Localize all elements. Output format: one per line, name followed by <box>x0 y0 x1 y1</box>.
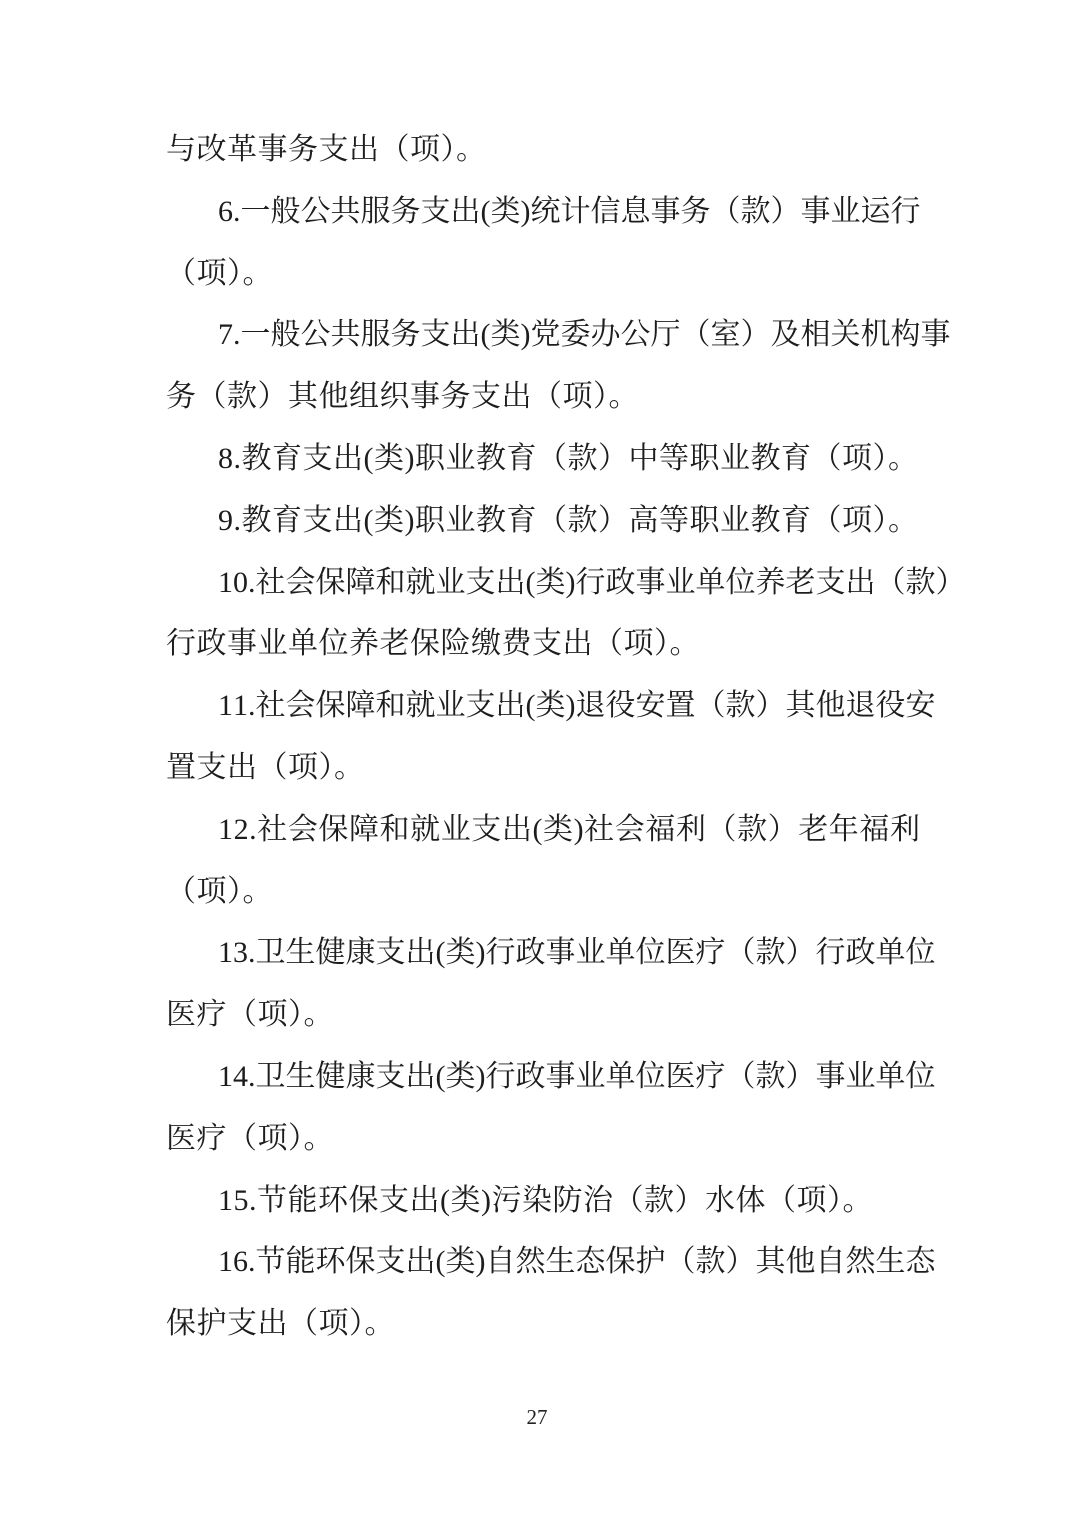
document-body: 与改革事务支出（项）。6.一般公共服务支出(类)统计信息事务（款）事业运行（项）… <box>166 119 920 1355</box>
text-char: 医 <box>666 922 696 984</box>
text-char: 环 <box>316 1231 346 1293</box>
text-char: 共 <box>331 304 361 366</box>
text-char: 业 <box>441 799 471 861</box>
text-char: 利 <box>890 799 920 861</box>
text-char: 类 <box>491 304 521 366</box>
text-char: 7 <box>218 304 233 366</box>
text-char: ) <box>476 1231 486 1293</box>
text-char: 和 <box>380 799 410 861</box>
text-char: 保 <box>606 1231 636 1293</box>
text-char: ) <box>574 799 584 861</box>
text-char: 就 <box>406 675 436 737</box>
text-char: 款 <box>696 1231 726 1293</box>
text-char: 疗 <box>696 1046 726 1108</box>
text-char: 位 <box>906 1046 936 1108</box>
text-char: 他 <box>816 675 846 737</box>
text-char: 会 <box>286 552 316 614</box>
text-char: ( <box>436 1231 446 1293</box>
text-char: 出 <box>406 1046 436 1108</box>
text-char: 和 <box>376 552 406 614</box>
text-line: 14.卫生健康支出(类)行政事业单位医疗（款）事业单位 <box>166 1046 920 1108</box>
text-line: 16.节能环保支出(类)自然生态保护（款）其他自然生态 <box>166 1231 920 1293</box>
text-char: 单 <box>876 922 906 984</box>
text-char: 障 <box>346 552 376 614</box>
text-char: 安 <box>906 675 936 737</box>
text-char: 出 <box>846 552 876 614</box>
text-char: 单 <box>606 1046 636 1108</box>
text-char: ） <box>771 181 801 243</box>
text-char: 行 <box>486 1046 516 1108</box>
text-char: ） <box>936 552 966 614</box>
text-char: 款 <box>737 799 767 861</box>
text-char: 业 <box>846 1046 876 1108</box>
text-char: 类 <box>536 552 566 614</box>
text-char: ( <box>436 1046 446 1108</box>
text-char: 其 <box>786 675 816 737</box>
text-char: 室 <box>711 304 741 366</box>
text-char: 事 <box>816 1046 846 1108</box>
text-char: ） <box>726 1231 756 1293</box>
text-char: 卫 <box>256 1046 286 1108</box>
text-char: （ <box>666 1231 696 1293</box>
text-char: . <box>248 1231 256 1293</box>
text-char: 节 <box>256 1231 286 1293</box>
text-char: 业 <box>436 675 466 737</box>
text-char: 保 <box>316 552 346 614</box>
text-char: 款 <box>741 181 771 243</box>
text-char: 位 <box>906 922 936 984</box>
text-char: 公 <box>621 304 651 366</box>
text-char: 4 <box>233 1046 248 1108</box>
text-char: 态 <box>906 1231 936 1293</box>
text-char: 护 <box>636 1231 666 1293</box>
text-line: 7.一般公共服务支出(类)党委办公厅（室）及相关机构事 <box>166 304 920 366</box>
text-char: 卫 <box>256 922 286 984</box>
text-line: 12.社会保障和就业支出(类)社会福利（款）老年福利 <box>166 799 920 861</box>
text-char: 然 <box>516 1231 546 1293</box>
text-char: 置 <box>666 675 696 737</box>
text-char: 款 <box>906 552 936 614</box>
text-char: 位 <box>636 922 666 984</box>
text-char: 类 <box>491 181 521 243</box>
text-char: ) <box>566 552 576 614</box>
text-char: 安 <box>636 675 666 737</box>
text-char: 支 <box>421 181 451 243</box>
text-char: 类 <box>536 675 566 737</box>
text-line: 置支出（项）。 <box>166 737 920 799</box>
text-char: ( <box>436 922 446 984</box>
text-char: ) <box>521 181 531 243</box>
text-char: 2 <box>234 799 249 861</box>
text-line: 务（款）其他组织事务支出（项）。 <box>166 366 920 428</box>
text-line: 9.教育支出(类)职业教育（款）高等职业教育（项）。 <box>166 490 920 552</box>
text-char: 退 <box>846 675 876 737</box>
text-char: . <box>233 181 241 243</box>
text-char: 退 <box>576 675 606 737</box>
text-char: 6 <box>218 181 233 243</box>
text-char: 出 <box>451 304 481 366</box>
text-char: 事 <box>651 181 681 243</box>
text-line: 与改革事务支出（项）。 <box>166 119 920 181</box>
text-char: 社 <box>256 675 286 737</box>
text-char: 委 <box>561 304 591 366</box>
text-char: 社 <box>256 552 286 614</box>
text-char: 类 <box>446 922 476 984</box>
text-char: 关 <box>831 304 861 366</box>
text-char: 支 <box>466 552 496 614</box>
text-char: 1 <box>218 922 233 984</box>
text-char: 生 <box>876 1231 906 1293</box>
text-char: 社 <box>257 799 287 861</box>
text-char: ( <box>526 675 536 737</box>
text-char: 业 <box>576 922 606 984</box>
text-char: ） <box>756 675 786 737</box>
text-char: 行 <box>486 922 516 984</box>
text-char: 公 <box>301 181 331 243</box>
text-char: 业 <box>576 1046 606 1108</box>
text-char: 款 <box>756 1046 786 1108</box>
text-char: （ <box>711 181 741 243</box>
text-char: 福 <box>645 799 675 861</box>
text-char: 康 <box>346 922 376 984</box>
text-char: ) <box>476 922 486 984</box>
text-char: ( <box>481 181 491 243</box>
text-line: 10.社会保障和就业支出(类)行政事业单位养老支出（款） <box>166 552 920 614</box>
text-char: （ <box>696 675 726 737</box>
text-char: 支 <box>376 1231 406 1293</box>
text-char: 障 <box>349 799 379 861</box>
text-char: 障 <box>346 675 376 737</box>
text-line: 15.节能环保支出(类)污染防治（款）水体（项）。 <box>166 1170 920 1232</box>
text-char: 老 <box>798 799 828 861</box>
text-char: 年 <box>829 799 859 861</box>
text-char: 事 <box>921 304 951 366</box>
text-char: ( <box>481 304 491 366</box>
text-char: 支 <box>376 922 406 984</box>
text-char: 服 <box>361 181 391 243</box>
text-char: ） <box>786 1046 816 1108</box>
text-char: . <box>233 304 241 366</box>
text-char: 3 <box>233 922 248 984</box>
text-char: 然 <box>846 1231 876 1293</box>
text-char: 保 <box>318 799 348 861</box>
text-char: 役 <box>606 675 636 737</box>
text-char: 会 <box>286 675 316 737</box>
text-char: 自 <box>486 1231 516 1293</box>
text-char: . <box>248 675 256 737</box>
text-char: 生 <box>546 1231 576 1293</box>
text-line: 保护支出（项）。 <box>166 1293 920 1355</box>
text-char: 行 <box>816 922 846 984</box>
text-line: 行政事业单位养老保险缴费支出（项）。 <box>166 613 920 675</box>
text-char: 单 <box>606 922 636 984</box>
text-char: 政 <box>846 922 876 984</box>
text-char: 办 <box>591 304 621 366</box>
text-char: 统 <box>531 181 561 243</box>
text-char: （ <box>876 552 906 614</box>
text-char: 业 <box>666 552 696 614</box>
text-char: 会 <box>288 799 318 861</box>
text-line: （项）。 <box>166 861 920 923</box>
text-char: 类 <box>446 1231 476 1293</box>
text-char: 共 <box>331 181 361 243</box>
text-char: 役 <box>876 675 906 737</box>
text-char: 一 <box>241 181 271 243</box>
text-line: （项）。 <box>166 243 920 305</box>
text-char: 单 <box>696 552 726 614</box>
text-char: 政 <box>606 552 636 614</box>
text-char: 政 <box>516 1046 546 1108</box>
text-char: 1 <box>218 1231 233 1293</box>
text-char: 出 <box>406 1231 436 1293</box>
text-char: . <box>249 799 257 861</box>
text-char: ） <box>768 799 798 861</box>
text-char: 养 <box>756 552 786 614</box>
document-page: 与改革事务支出（项）。6.一般公共服务支出(类)统计信息事务（款）事业运行（项）… <box>0 0 1074 1520</box>
text-char: 业 <box>436 552 466 614</box>
text-char: 行 <box>576 552 606 614</box>
text-char: 息 <box>621 181 651 243</box>
text-char: 支 <box>376 1046 406 1108</box>
text-char: 生 <box>286 1046 316 1108</box>
text-line: 6.一般公共服务支出(类)统计信息事务（款）事业运行 <box>166 181 920 243</box>
text-char: 健 <box>316 922 346 984</box>
text-char: 款 <box>726 675 756 737</box>
page-number: 27 <box>0 1402 1074 1432</box>
text-char: 就 <box>406 552 436 614</box>
text-char: 事 <box>546 922 576 984</box>
text-char: 1 <box>218 675 233 737</box>
text-char: 出 <box>406 922 436 984</box>
text-char: 和 <box>376 675 406 737</box>
text-char: ） <box>741 304 771 366</box>
text-char: 业 <box>831 181 861 243</box>
text-char: 厅 <box>651 304 681 366</box>
text-char: 位 <box>726 552 756 614</box>
text-char: ( <box>526 552 536 614</box>
text-char: 支 <box>421 304 451 366</box>
text-char: 1 <box>233 675 248 737</box>
text-line: 医疗（项）。 <box>166 1108 920 1170</box>
text-char: . <box>248 552 256 614</box>
text-char: ) <box>476 1046 486 1108</box>
text-char: 务 <box>391 304 421 366</box>
text-line: 8.教育支出(类)职业教育（款）中等职业教育（项）。 <box>166 428 920 490</box>
text-char: 老 <box>786 552 816 614</box>
text-char: 位 <box>636 1046 666 1108</box>
text-char: （ <box>681 304 711 366</box>
text-line: 11.社会保障和就业支出(类)退役安置（款）其他退役安 <box>166 675 920 737</box>
text-char: 疗 <box>696 922 726 984</box>
text-char: 1 <box>218 552 233 614</box>
text-char: （ <box>726 922 756 984</box>
text-char: 他 <box>786 1231 816 1293</box>
text-char: 1 <box>218 799 233 861</box>
text-char: 能 <box>286 1231 316 1293</box>
text-char: 计 <box>561 181 591 243</box>
text-char: 健 <box>316 1046 346 1108</box>
text-char: 运 <box>861 181 891 243</box>
text-char: 类 <box>543 799 573 861</box>
text-char: 及 <box>771 304 801 366</box>
text-char: 康 <box>346 1046 376 1108</box>
text-char: 出 <box>496 675 526 737</box>
text-char: 6 <box>233 1231 248 1293</box>
text-char: 利 <box>676 799 706 861</box>
text-char: 类 <box>446 1046 476 1108</box>
text-char: 单 <box>876 1046 906 1108</box>
text-char: . <box>248 1046 256 1108</box>
text-char: （ <box>706 799 736 861</box>
text-char: 生 <box>286 922 316 984</box>
text-char: 医 <box>666 1046 696 1108</box>
text-char: 支 <box>466 675 496 737</box>
text-char: 社 <box>584 799 614 861</box>
text-char: 一 <box>241 304 271 366</box>
text-char: 般 <box>271 304 301 366</box>
text-char: . <box>248 922 256 984</box>
text-char: ） <box>786 922 816 984</box>
text-char: 事 <box>546 1046 576 1108</box>
text-char: 就 <box>410 799 440 861</box>
text-char: ) <box>566 675 576 737</box>
text-char: 支 <box>816 552 846 614</box>
text-char: 会 <box>615 799 645 861</box>
text-char: 机 <box>861 304 891 366</box>
text-char: 事 <box>636 552 666 614</box>
text-char: 福 <box>859 799 889 861</box>
text-char: 款 <box>756 922 786 984</box>
text-char: （ <box>726 1046 756 1108</box>
text-char: 服 <box>361 304 391 366</box>
text-line: 13.卫生健康支出(类)行政事业单位医疗（款）行政单位 <box>166 922 920 984</box>
text-char: 出 <box>451 181 481 243</box>
text-char: 态 <box>576 1231 606 1293</box>
text-char: ( <box>532 799 542 861</box>
text-line: 医疗（项）。 <box>166 984 920 1046</box>
text-char: 党 <box>531 304 561 366</box>
text-char: 政 <box>516 922 546 984</box>
text-char: 务 <box>391 181 421 243</box>
text-char: 出 <box>502 799 532 861</box>
text-char: 构 <box>891 304 921 366</box>
text-char: 般 <box>271 181 301 243</box>
text-char: 信 <box>591 181 621 243</box>
text-char: 支 <box>471 799 501 861</box>
text-char: 出 <box>496 552 526 614</box>
text-char: 1 <box>218 1046 233 1108</box>
text-char: 其 <box>756 1231 786 1293</box>
text-char: 相 <box>801 304 831 366</box>
text-char: 行 <box>891 181 921 243</box>
text-char: 保 <box>346 1231 376 1293</box>
text-char: 自 <box>816 1231 846 1293</box>
text-char: 事 <box>801 181 831 243</box>
text-char: 保 <box>316 675 346 737</box>
text-char: 务 <box>681 181 711 243</box>
text-char: ) <box>521 304 531 366</box>
text-char: 公 <box>301 304 331 366</box>
text-char: 0 <box>233 552 248 614</box>
